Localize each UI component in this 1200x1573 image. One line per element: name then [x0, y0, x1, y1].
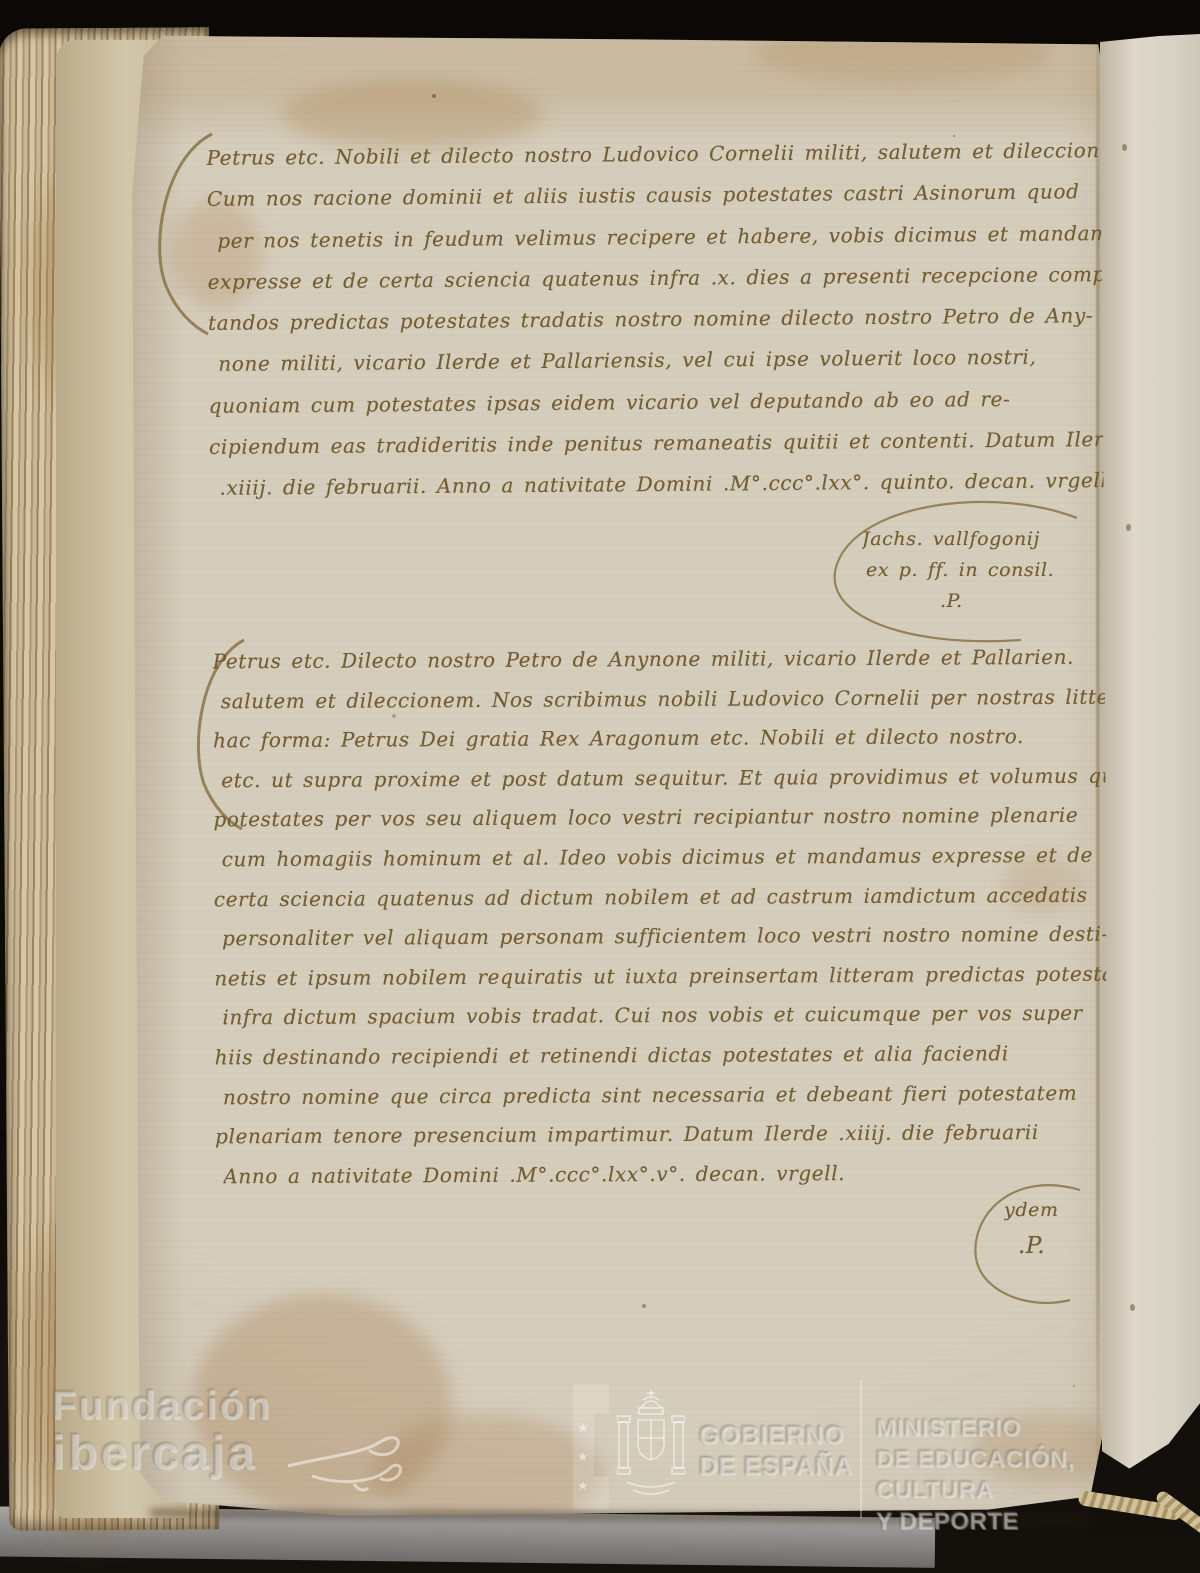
manuscript-line: etc. ut supra proxime et post datum sequ…: [221, 756, 1105, 800]
manuscript-line: netis et ipsum nobilem requiratis ut iux…: [214, 954, 1106, 998]
idem-note: ydem .P.: [1004, 1192, 1124, 1264]
ministerio-watermark-text: MINISTERIO DE EDUCACIÓN, CULTURA Y DEPOR…: [876, 1413, 1188, 1537]
ibercaja-watermark-line1: Fundación: [52, 1386, 272, 1426]
gobierno-line2: DE ESPAÑA: [699, 1451, 853, 1482]
spain-coat-of-arms-icon: [617, 1388, 685, 1505]
star-icon: ★: [577, 1478, 589, 1494]
manuscript-line: ex p. ff. in consil.: [866, 555, 1092, 586]
manuscript-line: .P.: [940, 586, 1092, 617]
manuscript-line: ydem: [1004, 1192, 1124, 1228]
ministerio-line3: Y DEPORTE: [876, 1506, 1188, 1537]
star-icon: ★: [577, 1420, 589, 1436]
binding-hole: [1122, 144, 1127, 151]
gobierno-line1: GOBIERNO: [699, 1420, 853, 1451]
flag-band: [573, 1384, 609, 1413]
manuscript-line: .P.: [1018, 1228, 1124, 1264]
manuscript-line: salutem et dileccionem. Nos scribimus no…: [221, 677, 1105, 721]
ibercaja-watermark: Fundación ibercaja: [52, 1386, 272, 1478]
binding-hole: [1130, 1304, 1135, 1311]
gobierno-watermark-text: GOBIERNO DE ESPAÑA: [699, 1420, 853, 1482]
manuscript-line: personaliter vel aliquam personam suffic…: [222, 915, 1106, 959]
stain: [752, 24, 1052, 84]
manuscript-line: Jachs. vallfogonij: [862, 524, 1092, 555]
manuscript-line: potestates per vos seu aliquem loco vest…: [213, 796, 1105, 840]
register-entry-2: Petrus etc. Dilecto nostro Petro de Anyn…: [213, 638, 1108, 1197]
manuscript-line: cum homagiis hominum et al. Ideo vobis d…: [222, 836, 1106, 880]
register-entry-1: Petrus etc. Nobili et dilecto nostro Lud…: [206, 130, 1103, 509]
ministerio-line2: DE EDUCACIÓN, CULTURA: [876, 1444, 1188, 1506]
speck: [432, 94, 436, 98]
star-icon: ★: [577, 1449, 589, 1465]
binding-hole: [1126, 524, 1131, 531]
manuscript-line: plenariam tenore presencium impartimur. …: [215, 1113, 1107, 1157]
ministerio-line1: MINISTERIO: [876, 1413, 1188, 1444]
manuscript-line: hiis destinando recipiendi et retinendi …: [215, 1034, 1107, 1078]
ibercaja-watermark-line2: ibercaja: [52, 1430, 272, 1478]
digitized-manuscript-photo: Petrus etc. Nobili et dilecto nostro Lud…: [0, 0, 1200, 1573]
manuscript-line: Cum nos racione dominii et aliis iustis …: [207, 171, 1101, 220]
watermark-divider: [860, 1380, 862, 1518]
manuscript-line: hac forma: Petrus Dei gratia Rex Aragonu…: [213, 717, 1105, 761]
government-watermark: ★ ★ ★: [573, 1380, 1188, 1520]
chancery-note: Jachs. vallfogonij ex p. ff. in consil. …: [862, 524, 1092, 617]
facing-page-edge: [1100, 34, 1200, 1486]
manuscript-line: certa sciencia quatenus ad dictum nobile…: [214, 875, 1106, 919]
manuscript-line: nostro nomine que circa predicta sint ne…: [223, 1073, 1107, 1117]
ibercaja-swirl-icon: [284, 1414, 410, 1503]
manuscript-line: infra dictum spacium vobis tradat. Cui n…: [222, 994, 1106, 1038]
manuscript-line: Petrus etc. Dilecto nostro Petro de Anyn…: [213, 638, 1105, 682]
